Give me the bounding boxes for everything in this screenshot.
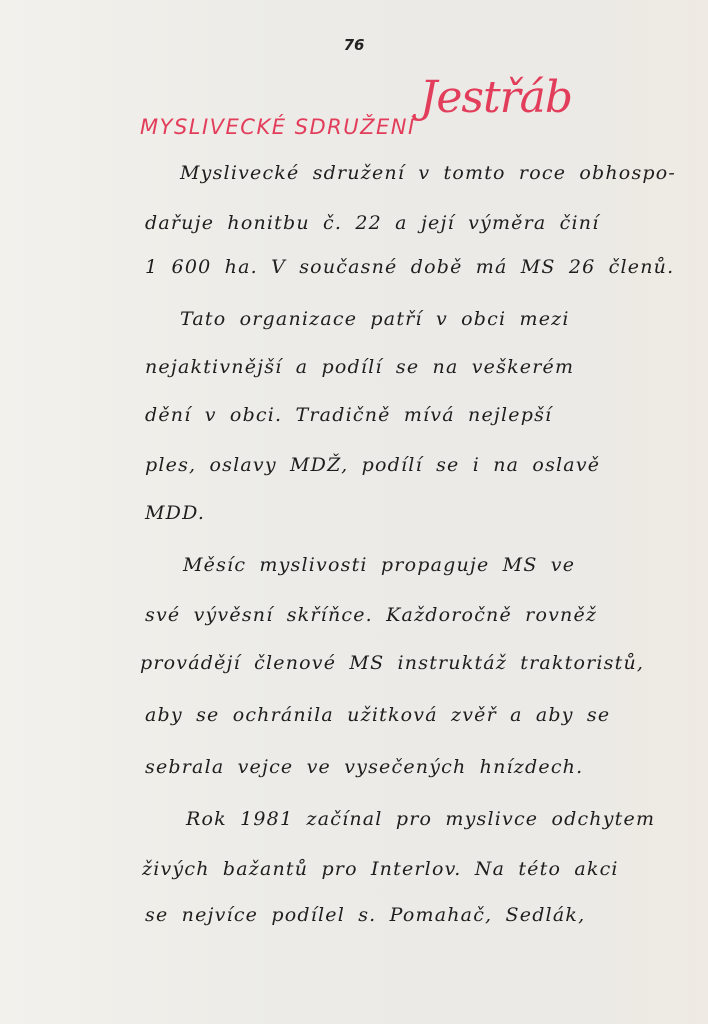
text-line: Tato organizace patří v obci mezi [180, 308, 570, 330]
text-line: Měsíc myslivosti propaguje MS ve [183, 554, 575, 576]
text-line: ples, oslavy MDŽ, podílí se i na oslavě [145, 454, 600, 476]
text-line: dařuje honitbu č. 22 a její výměra činí [145, 212, 600, 234]
text-line: své vývěsní skříňce. Každoročně rovněž [145, 604, 597, 626]
text-line: 1 600 ha. V současné době má MS 26 členů… [145, 256, 674, 278]
text-line: MDD. [145, 502, 205, 524]
chronicle-page: 76 MYSLIVECKÉ SDRUŽENÍJestřáb Myslivecké… [0, 0, 708, 1024]
section-title-name: Jestřáb [420, 72, 572, 123]
text-line: sebrala vejce ve vysečených hnízdech. [145, 756, 583, 778]
text-line: živých bažantů pro Interlov. Na této akc… [142, 858, 619, 880]
text-line: Rok 1981 začínal pro myslivce odchytem [186, 808, 655, 830]
section-title: MYSLIVECKÉ SDRUŽENÍJestřáb [140, 72, 572, 123]
section-title-caps: MYSLIVECKÉ SDRUŽENÍ [140, 115, 416, 139]
text-line: nejaktivnější a podílí se na veškerém [145, 356, 574, 378]
page-number: 76 [0, 36, 708, 54]
text-line: aby se ochránila užitková zvěř a aby se [145, 704, 610, 726]
text-line: provádějí členové MS instruktáž traktori… [140, 652, 644, 674]
text-line: dění v obci. Tradičně mívá nejlepší [145, 404, 552, 426]
text-line: se nejvíce podílel s. Pomahač, Sedlák, [145, 904, 585, 926]
text-line: Myslivecké sdružení v tomto roce obhospo… [180, 162, 676, 184]
